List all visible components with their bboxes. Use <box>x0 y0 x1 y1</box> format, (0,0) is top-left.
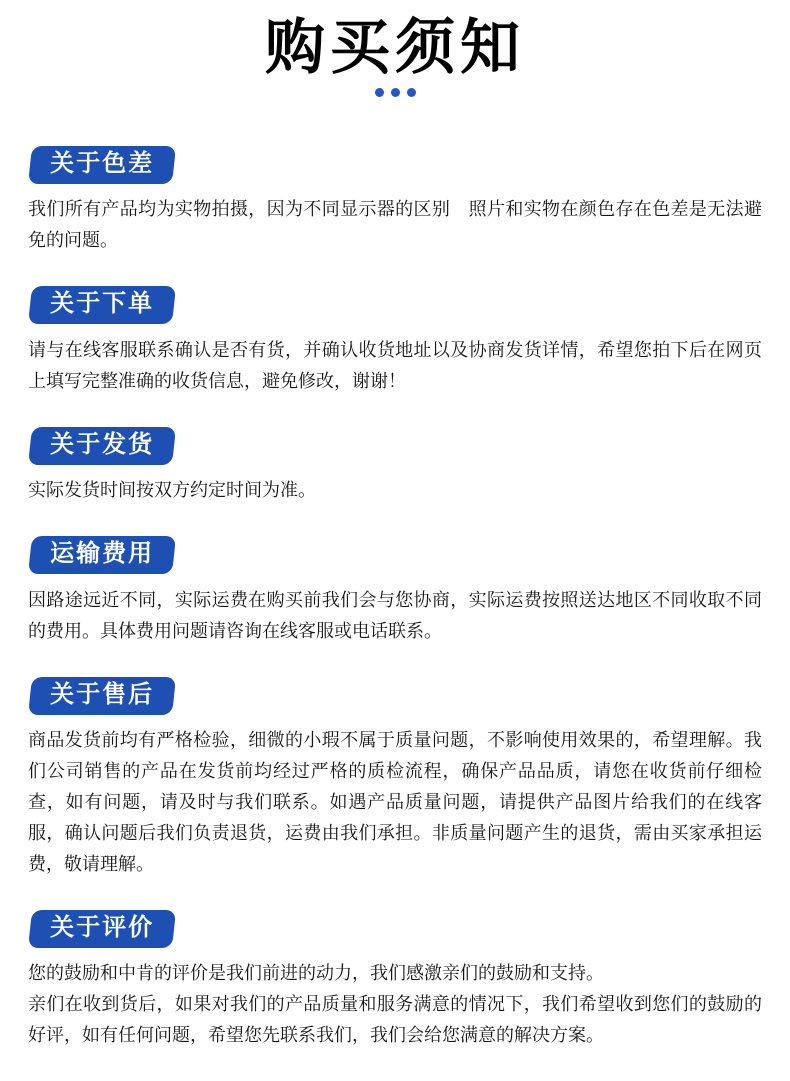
section-heading: 关于下单 <box>50 291 154 317</box>
section-freight-cost: 运输费用 因路途远近不同，实际运费在购买前我们会与您协商，实际运费按照送达地区不… <box>28 536 762 646</box>
section-body: 商品发货前均有严格检验，细微的小瑕不属于质量问题，不影响使用效果的，希望理解。我… <box>28 725 762 880</box>
section-heading: 关于发货 <box>50 432 154 458</box>
title-divider-dots-icon <box>0 86 790 98</box>
section-after-sales: 关于售后 商品发货前均有严格检验，细微的小瑕不属于质量问题，不影响使用效果的，希… <box>28 677 762 880</box>
section-body: 因路途远近不同，实际运费在购买前我们会与您协商，实际运费按照送达地区不同收取不同… <box>28 585 762 647</box>
section-shipping: 关于发货 实际发货时间按双方约定时间为准。 <box>28 427 762 506</box>
section-badge: 关于发货 <box>28 427 176 465</box>
page-header: 购买须知 <box>0 0 790 98</box>
dot-icon <box>375 88 384 97</box>
dot-icon <box>407 88 416 97</box>
section-body: 亲们在收到货后，如果对我们的产品质量和服务满意的情况下，我们希望收到您们的鼓励的… <box>28 989 762 1051</box>
section-badge: 关于色差 <box>28 146 176 184</box>
section-ordering: 关于下单 请与在线客服联系确认是否有货，并确认收货地址以及协商发货详情，希望您拍… <box>28 286 762 396</box>
section-body: 我们所有产品均为实物拍摄，因为不同显示器的区别 照片和实物在颜色存在色差是无法避… <box>28 194 762 256</box>
section-badge: 关于评价 <box>28 910 176 948</box>
section-body: 您的鼓励和中肯的评价是我们前进的动力，我们感激亲们的鼓励和支持。 <box>28 958 762 989</box>
section-heading: 关于评价 <box>50 915 154 941</box>
section-reviews: 关于评价 您的鼓励和中肯的评价是我们前进的动力，我们感激亲们的鼓励和支持。 亲们… <box>28 910 762 1051</box>
section-body: 请与在线客服联系确认是否有货，并确认收货地址以及协商发货详情，希望您拍下后在网页… <box>28 335 762 397</box>
dot-icon <box>391 88 400 97</box>
section-color-difference: 关于色差 我们所有产品均为实物拍摄，因为不同显示器的区别 照片和实物在颜色存在色… <box>28 146 762 256</box>
section-badge: 关于售后 <box>28 677 176 715</box>
page-title: 购买须知 <box>0 12 790 84</box>
section-heading: 运输费用 <box>50 541 154 567</box>
purchase-notice-page: 购买须知 关于色差 我们所有产品均为实物拍摄，因为不同显示器的区别 照片和实物在… <box>0 0 790 1081</box>
section-badge: 关于下单 <box>28 286 176 324</box>
section-body: 实际发货时间按双方约定时间为准。 <box>28 475 762 506</box>
notice-content: 关于色差 我们所有产品均为实物拍摄，因为不同显示器的区别 照片和实物在颜色存在色… <box>0 146 790 1081</box>
section-heading: 关于售后 <box>50 682 154 708</box>
section-badge: 运输费用 <box>28 536 176 574</box>
section-heading: 关于色差 <box>50 151 154 177</box>
